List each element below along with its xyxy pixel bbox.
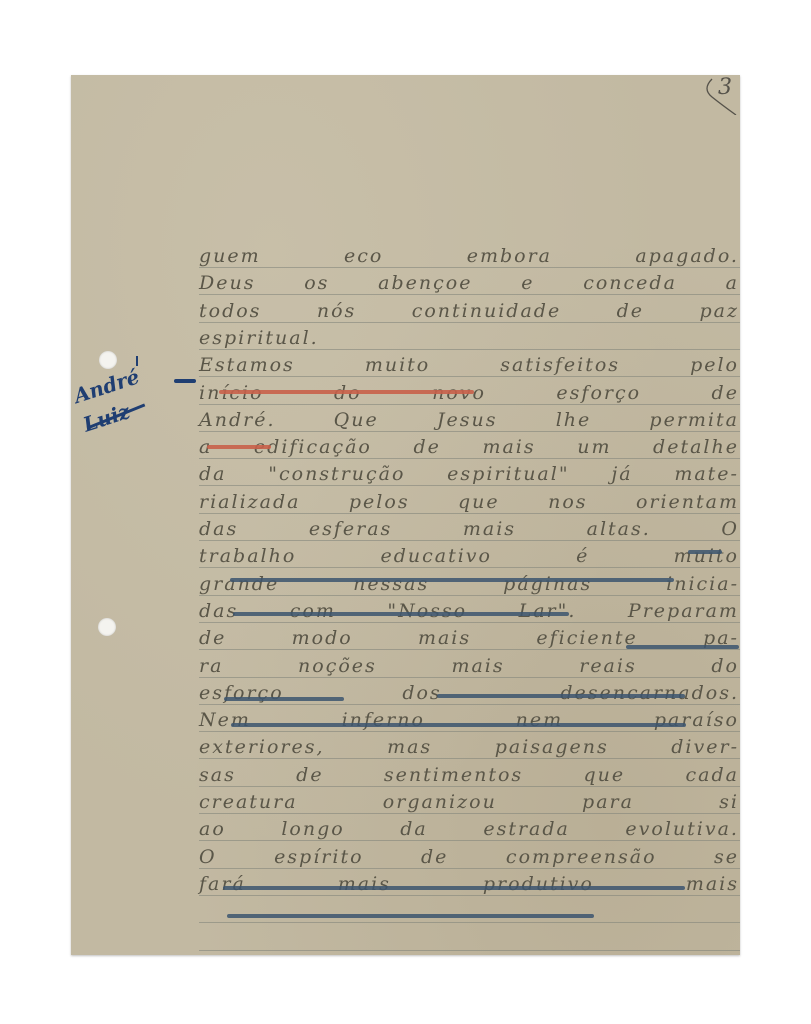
handwritten-line: André.QueJesuslhepermita xyxy=(199,404,739,431)
handwritten-word: que xyxy=(584,764,626,786)
handwritten-word: ra xyxy=(199,655,223,677)
ruled-line xyxy=(199,950,740,951)
margin-note: André Luiz xyxy=(70,355,174,440)
handwritten-word: muito xyxy=(674,545,739,567)
handwritten-word: abençoe xyxy=(378,272,472,294)
handwritten-word: noções xyxy=(298,655,377,677)
handwritten-line: dasesferasmaisaltas.O xyxy=(199,513,739,540)
handwritten-line: Neminfernonemparaíso xyxy=(199,704,739,731)
handwritten-word: nós xyxy=(317,300,356,322)
handwritten-word: do xyxy=(711,655,739,677)
handwritten-word: detalhe xyxy=(653,436,739,458)
handwritten-word: altas. xyxy=(587,518,651,540)
handwritten-word: creatura xyxy=(199,791,298,813)
handwritten-line: dascom"NossoLar".Preparam xyxy=(199,595,739,622)
handwritten-word: diver- xyxy=(671,736,739,758)
handwritten-line: aolongodaestradaevolutiva. xyxy=(199,813,739,840)
handwritten-line: Oespíritodecompreensãose xyxy=(199,841,739,868)
blue-underline-desencarnados xyxy=(231,723,686,727)
handwritten-word: "Nosso xyxy=(387,600,467,622)
handwritten-word: eficiente xyxy=(536,627,637,649)
handwritten-word: mais xyxy=(338,873,391,895)
handwritten-word: esferas xyxy=(309,518,392,540)
handwritten-word: guem xyxy=(199,245,261,267)
handwritten-word: Que xyxy=(334,409,379,431)
handwritten-word: mais xyxy=(482,436,535,458)
handwritten-word: os xyxy=(304,272,329,294)
handwritten-word: permita xyxy=(649,409,739,431)
handwritten-word: cada xyxy=(686,764,739,786)
blue-underline-fara-mais-produtivo xyxy=(227,914,594,918)
handwritten-word: de xyxy=(296,764,323,786)
ruled-line xyxy=(199,922,740,923)
handwritten-word: páginas xyxy=(503,573,592,595)
handwritten-word: mas xyxy=(387,736,432,758)
handwritten-word: e xyxy=(521,272,534,294)
handwritten-word: a xyxy=(726,272,739,294)
manuscript-page: 3 André Luiz guemecoemboraapagado.Deusos… xyxy=(71,75,740,955)
handwritten-word: para xyxy=(582,791,634,813)
handwritten-line: sasdesentimentosquecada xyxy=(199,759,739,786)
handwritten-word: grande xyxy=(199,573,279,595)
blue-underline-preparam xyxy=(626,645,739,649)
handwritten-word: esforço xyxy=(556,382,641,404)
blue-underline-grande-nessas-paginas xyxy=(233,612,569,616)
handwritten-word: desencarnados. xyxy=(560,682,739,704)
binder-hole-top xyxy=(99,351,117,369)
handwritten-word: nos xyxy=(548,491,587,513)
handwritten-word: da xyxy=(199,463,227,485)
handwritten-word: todos xyxy=(199,300,261,322)
handwritten-word: pelos xyxy=(349,491,410,513)
handwritten-word: mais xyxy=(418,627,471,649)
handwritten-word: rializada xyxy=(199,491,300,513)
handwritten-line: Estamosmuitosatisfeitospelo xyxy=(199,349,739,376)
handwritten-word: dos xyxy=(402,682,441,704)
handwritten-word: apagado. xyxy=(635,245,739,267)
red-underline-andre xyxy=(207,445,271,449)
handwritten-word: pelo xyxy=(690,354,739,376)
handwritten-word: inferno xyxy=(342,709,425,731)
handwritten-word: da xyxy=(400,818,428,840)
handwritten-line: trabalhoeducativoémuito xyxy=(199,540,739,567)
handwritten-word: "construção xyxy=(268,463,405,485)
handwritten-word: de xyxy=(413,436,440,458)
handwritten-word: nem xyxy=(516,709,564,731)
handwritten-word: de xyxy=(712,382,739,404)
handwritten-line: todosnóscontinuidadedepaz xyxy=(199,295,739,322)
handwritten-word: edificação xyxy=(254,436,372,458)
handwritten-word: eco xyxy=(344,245,383,267)
handwritten-word: continuidade xyxy=(412,300,561,322)
handwritten-word: Jesus xyxy=(437,409,498,431)
handwritten-word: das xyxy=(199,600,238,622)
handwritten-word: espiritual. xyxy=(199,327,319,349)
handwritten-line: espiritual. xyxy=(199,322,739,349)
handwritten-word: ao xyxy=(199,818,226,840)
handwritten-word: trabalho xyxy=(199,545,296,567)
handwritten-line: exteriores,maspaisagensdiver- xyxy=(199,731,739,758)
handwritten-word: Deus xyxy=(199,272,255,294)
handwritten-word: nessas xyxy=(353,573,429,595)
handwritten-word: fará xyxy=(199,873,246,895)
handwritten-line: guemecoemboraapagado. xyxy=(199,240,739,267)
handwritten-word: embora xyxy=(467,245,552,267)
margin-dash-mark xyxy=(174,379,196,383)
handwritten-word: modo xyxy=(292,627,353,649)
blue-underline-reais-do xyxy=(437,694,685,698)
handwritten-word: paz xyxy=(699,300,739,322)
handwritten-line: creaturaorganizouparasi xyxy=(199,786,739,813)
handwritten-word: si xyxy=(719,791,739,813)
handwritten-line: aedificaçãodemaisumdetalhe xyxy=(199,431,739,458)
handwritten-word: sentimentos xyxy=(384,764,523,786)
handwritten-word: O xyxy=(721,518,739,540)
red-underline-estamos-muito xyxy=(219,390,474,394)
handwritten-word: é xyxy=(576,545,589,567)
handwritten-word: Nem xyxy=(199,709,251,731)
handwritten-word: inicia- xyxy=(666,573,739,595)
handwritten-word: estrada xyxy=(483,818,570,840)
handwritten-line: Deusosabençoeeconcedaa xyxy=(199,267,739,294)
handwritten-word: organizou xyxy=(383,791,497,813)
handwritten-word: de xyxy=(421,846,448,868)
handwritten-word: com xyxy=(290,600,336,622)
handwritten-word: mate- xyxy=(674,463,739,485)
handwritten-word: das xyxy=(199,518,238,540)
handwritten-word: de xyxy=(199,627,226,649)
handwritten-word: produtivo xyxy=(483,873,594,895)
handwritten-word: O xyxy=(199,846,217,868)
handwritten-word: sas xyxy=(199,764,236,786)
blue-underline-o xyxy=(688,550,722,554)
handwritten-word: Lar". xyxy=(519,600,577,622)
handwritten-word: mais xyxy=(686,873,739,895)
handwritten-word: um xyxy=(577,436,611,458)
handwritten-word: espírito xyxy=(274,846,363,868)
handwritten-word: orientam xyxy=(636,491,739,513)
handwritten-word: satisfeitos xyxy=(500,354,620,376)
handwritten-word: se xyxy=(714,846,739,868)
handwritten-line: ranoçõesmaisreaisdo xyxy=(199,650,739,677)
handwritten-word: paisagens xyxy=(495,736,609,758)
handwritten-word: muito xyxy=(365,354,430,376)
handwritten-word: André. xyxy=(199,409,276,431)
handwritten-line: da"construçãoespiritual"jámate- xyxy=(199,458,739,485)
handwritten-word: mais xyxy=(451,655,504,677)
handwritten-word: exteriores, xyxy=(199,736,325,758)
handwritten-word: Estamos xyxy=(199,354,295,376)
handwritten-word: evolutiva. xyxy=(625,818,739,840)
binder-hole-bottom xyxy=(98,618,116,636)
handwritten-word: educativo xyxy=(380,545,492,567)
handwritten-word: mais xyxy=(463,518,516,540)
handwritten-word: espiritual" xyxy=(447,463,569,485)
handwritten-line: farámaisprodutivomais xyxy=(199,868,739,895)
blue-underline-espirito-compreensao xyxy=(223,886,685,890)
handwritten-line: rializadapelosquenosorientam xyxy=(199,486,739,513)
handwritten-word: que xyxy=(458,491,500,513)
blue-underline-trabalho-educativo xyxy=(230,578,674,582)
handwritten-word: paraíso xyxy=(654,709,739,731)
ruled-line xyxy=(199,895,740,896)
handwritten-word: Preparam xyxy=(628,600,739,622)
handwritten-word: conceda xyxy=(583,272,677,294)
handwritten-word: de xyxy=(617,300,644,322)
handwritten-word: longo xyxy=(281,818,344,840)
handwritten-word: lhe xyxy=(556,409,592,431)
handwritten-word: reais xyxy=(579,655,636,677)
handwritten-word: já xyxy=(611,463,632,485)
blue-underline-esforco xyxy=(224,697,344,701)
handwritten-word: compreensão xyxy=(506,846,657,868)
